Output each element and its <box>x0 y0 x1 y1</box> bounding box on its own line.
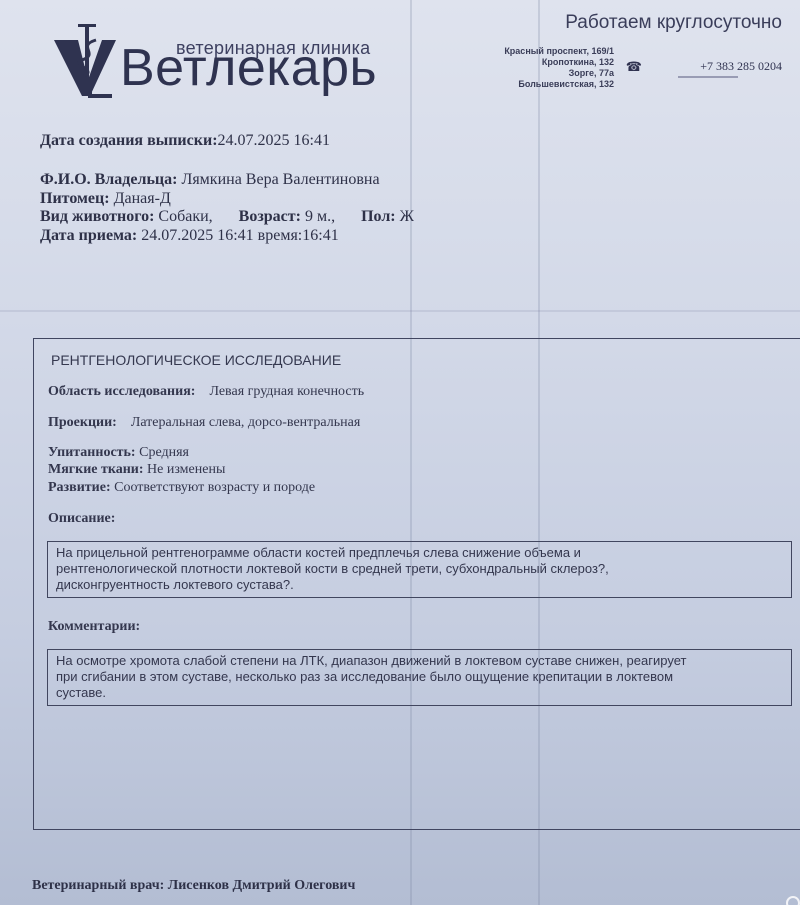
description-line: рентгенологической плотности локтевой ко… <box>56 561 783 577</box>
clinic-logo: ветеринарная клиника Ветлекарь <box>52 18 432 98</box>
nutrition-value: Средняя <box>139 445 189 460</box>
phone-caption <box>678 76 738 78</box>
description-line: На прицельной рентгенограмме области кос… <box>56 545 783 561</box>
time-label: время: <box>258 227 303 244</box>
projections-row: Проекции:Латеральная слева, дорсо-вентра… <box>48 415 360 431</box>
comment-line: суставе. <box>56 685 783 701</box>
development-value: Соответствуют возрасту и породе <box>114 480 315 495</box>
comments-box: На осмотре хромота слабой степени на ЛТК… <box>47 649 792 706</box>
nutrition-label: Упитанность: <box>48 445 136 460</box>
address-list: Красный проспект, 169/1 Кропоткина, 132 … <box>504 46 614 90</box>
description-line: дисконгруентность локтевого сустава?. <box>56 577 783 593</box>
work-hours: Работаем круглосуточно <box>565 12 782 34</box>
nutrition-row: Упитанность: Средняя <box>48 445 189 461</box>
pet-row: Питомец: Даная-Д <box>40 189 171 208</box>
sex-label: Пол: <box>361 208 396 225</box>
paper-fold <box>0 310 800 312</box>
clinic-name: Ветлекарь <box>120 42 377 94</box>
description-heading: Описание: <box>48 511 115 527</box>
study-area-row: Область исследования:Левая грудная конеч… <box>48 384 364 400</box>
clinic-contacts: Работаем круглосуточно Красный проспект,… <box>462 10 782 90</box>
development-row: Развитие: Соответствуют возрасту и пород… <box>48 480 315 496</box>
description-box: На прицельной рентгенограмме области кос… <box>47 541 792 598</box>
time-value: 16:41 <box>302 227 338 244</box>
address: Большевистская, 132 <box>504 79 614 90</box>
soft-tissue-row: Мягкие ткани: Не изменены <box>48 462 225 478</box>
section-title: РЕНТГЕНОЛОГИЧЕСКОЕ ИССЛЕДОВАНИЕ <box>51 352 341 368</box>
phone-number: +7 383 285 0204 <box>700 59 782 74</box>
species-label: Вид животного: <box>40 208 154 225</box>
address: Зорге, 77а <box>504 68 614 79</box>
comments-heading: Комментарии: <box>48 619 140 635</box>
statement-created: Дата создания выписки:24.07.2025 16:41 <box>40 131 330 150</box>
comment-line: На осмотре хромота слабой степени на ЛТК… <box>56 653 783 669</box>
age-value: 9 м., <box>305 208 335 225</box>
watermark-icon <box>786 896 800 905</box>
caduceus-vl-icon <box>52 20 122 100</box>
owner-row: Ф.И.О. Владельца: Лямкина Вера Валентино… <box>40 170 380 189</box>
xray-study-section: РЕНТГЕНОЛОГИЧЕСКОЕ ИССЛЕДОВАНИЕ Область … <box>33 338 800 830</box>
visit-value: 24.07.2025 16:41 <box>141 227 253 244</box>
age-label: Возраст: <box>239 208 301 225</box>
doctor-label: Ветеринарный врач: <box>32 878 164 893</box>
doctor-name: Лисенков Дмитрий Олегович <box>168 878 356 893</box>
species-value: Собаки, <box>158 208 212 225</box>
visit-label: Дата приема: <box>40 227 137 244</box>
soft-tissue-value: Не изменены <box>147 462 225 477</box>
pet-label: Питомец: <box>40 190 110 207</box>
study-area-value: Левая грудная конечность <box>209 384 364 399</box>
projections-value: Латеральная слева, дорсо-вентральная <box>131 415 360 430</box>
visit-row: Дата приема: 24.07.2025 16:41 время:16:4… <box>40 226 339 245</box>
owner-label: Ф.И.О. Владельца: <box>40 171 177 188</box>
soft-tissue-label: Мягкие ткани: <box>48 462 144 477</box>
owner-value: Лямкина Вера Валентиновна <box>181 171 379 188</box>
study-area-label: Область исследования: <box>48 384 195 399</box>
created-value: 24.07.2025 16:41 <box>218 132 330 149</box>
telephone-icon: ☎ <box>626 59 642 75</box>
veterinarian: Ветеринарный врач: Лисенков Дмитрий Олег… <box>32 878 355 894</box>
projections-label: Проекции: <box>48 415 117 430</box>
comment-line: при сгибании в этом суставе, несколько р… <box>56 669 783 685</box>
address: Кропоткина, 132 <box>504 57 614 68</box>
species-row: Вид животного: Собаки, Возраст: 9 м., По… <box>40 207 414 226</box>
address: Красный проспект, 169/1 <box>504 46 614 57</box>
created-label: Дата создания выписки: <box>40 132 218 149</box>
development-label: Развитие: <box>48 480 111 495</box>
sex-value: Ж <box>400 208 414 225</box>
pet-value: Даная-Д <box>114 190 171 207</box>
